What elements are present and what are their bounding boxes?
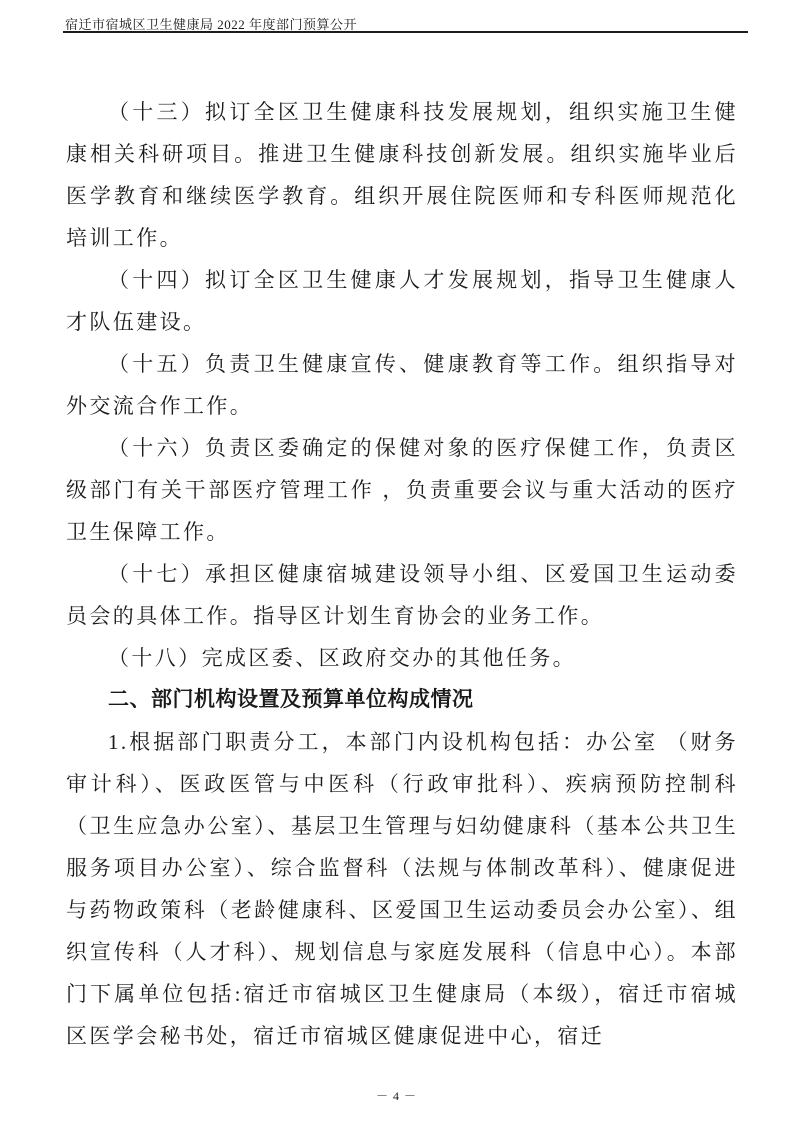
paragraph-item-14: （十四）拟订全区卫生健康人才发展规划，指导卫生健康人才队伍建设。 (66, 259, 738, 343)
document-page: 宿迁市宿城区卫生健康局 2022 年度部门预算公开 （十三）拟订全区卫生健康科技… (0, 0, 793, 1122)
paragraph-item-17: （十七）承担区健康宿城建设领导小组、区爱国卫生运动委员会的具体工作。指导区计划生… (66, 553, 738, 637)
section-heading: 二、部门机构设置及预算单位构成情况 (66, 679, 738, 721)
paragraph-org-setup: 1.根据部门职责分工，本部门内设机构包括：办公室 （财务审计科）、医政医管与中医… (66, 721, 738, 1057)
paragraph-item-16: （十六）负责区委确定的保健对象的医疗保健工作，负责区级部门有关干部医疗管理工作 … (66, 427, 738, 553)
header-rule (63, 31, 748, 33)
page-number: － 4 － (376, 1089, 417, 1103)
paragraph-item-13: （十三）拟订全区卫生健康科技发展规划，组织实施卫生健康相关科研项目。推进卫生健康… (66, 91, 738, 259)
paragraph-item-15: （十五）负责卫生健康宣传、健康教育等工作。组织指导对外交流合作工作。 (66, 343, 738, 427)
page-footer: － 4 － (0, 1087, 793, 1104)
paragraph-item-18: （十八）完成区委、区政府交办的其他任务。 (66, 637, 738, 679)
document-body: （十三）拟订全区卫生健康科技发展规划，组织实施卫生健康相关科研项目。推进卫生健康… (66, 91, 738, 1057)
